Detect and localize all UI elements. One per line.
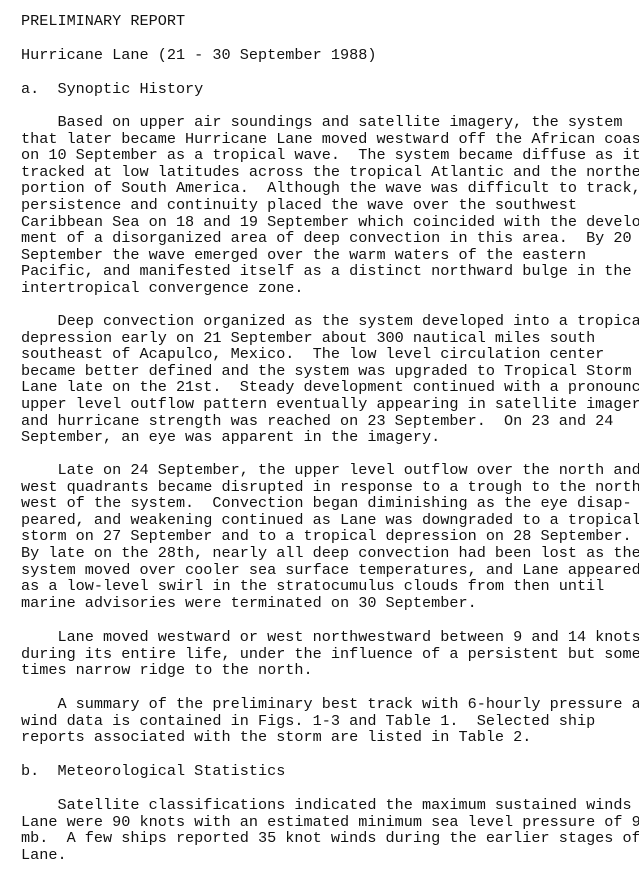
text-line: mb. A few ships reported 35 knot winds d… <box>21 830 639 847</box>
text-line: times narrow ridge to the north. <box>21 662 639 679</box>
text-line: storm on 27 September and to a tropical … <box>21 528 639 545</box>
text-line: A summary of the preliminary best track … <box>21 696 639 713</box>
text-line: upper level outflow pattern eventually a… <box>21 396 639 413</box>
text-line: persistence and continuity placed the wa… <box>21 197 639 214</box>
text-line: intertropical convergence zone. <box>21 280 639 297</box>
text-line: southeast of Acapulco, Mexico. The low l… <box>21 346 639 363</box>
text-line: and hurricane strength was reached on 23… <box>21 413 639 430</box>
text-line: reports associated with the storm are li… <box>21 729 639 746</box>
text-line: Satellite classifications indicated the … <box>21 797 639 814</box>
paragraph-intensity: Satellite classifications indicated the … <box>21 797 639 863</box>
text-line: Lane late on the 21st. Steady developmen… <box>21 379 639 396</box>
paragraph-development: Deep convection organized as the system … <box>21 313 639 446</box>
text-line: system moved over cooler sea surface tem… <box>21 562 639 579</box>
text-line: west of the system. Convection began dim… <box>21 495 639 512</box>
text-line: Based on upper air soundings and satelli… <box>21 114 639 131</box>
text-line: Lane were 90 knots with an estimated min… <box>21 814 639 831</box>
text-line: peared, and weakening continued as Lane … <box>21 512 639 529</box>
text-line: as a low-level swirl in the stratocumulu… <box>21 578 639 595</box>
text-line: portion of South America. Although the w… <box>21 180 639 197</box>
text-line: Pacific, and manifested itself as a dist… <box>21 263 639 280</box>
report-label: PRELIMINARY REPORT <box>21 13 185 30</box>
text-line: ment of a disorganized area of deep conv… <box>21 230 639 247</box>
text-line: Caribbean Sea on 18 and 19 September whi… <box>21 214 639 231</box>
text-line: during its entire life, under the influe… <box>21 646 639 663</box>
text-line: became better defined and the system was… <box>21 363 639 380</box>
text-line: Deep convection organized as the system … <box>21 313 639 330</box>
storm-title: Hurricane Lane (21 - 30 September 1988) <box>21 47 376 64</box>
paragraph-origin: Based on upper air soundings and satelli… <box>21 114 639 297</box>
text-line: By late on the 28th, nearly all deep con… <box>21 545 639 562</box>
section-heading-meteorological-statistics: b. Meteorological Statistics <box>21 763 285 780</box>
text-line: wind data is contained in Figs. 1-3 and … <box>21 713 639 730</box>
text-line: tracked at low latitudes across the trop… <box>21 164 639 181</box>
paragraph-weakening: Late on 24 September, the upper level ou… <box>21 462 639 611</box>
text-line: depression early on 21 September about 3… <box>21 330 639 347</box>
text-line: west quadrants became disrupted in respo… <box>21 479 639 496</box>
text-line: that later became Hurricane Lane moved w… <box>21 131 639 148</box>
paragraph-motion: Lane moved westward or west northwestwar… <box>21 629 639 679</box>
text-line: September the wave emerged over the warm… <box>21 247 639 264</box>
section-heading-synoptic-history: a. Synoptic History <box>21 81 203 98</box>
text-line: Lane moved westward or west northwestwar… <box>21 629 639 646</box>
text-line: September, an eye was apparent in the im… <box>21 429 639 446</box>
text-line: marine advisories were terminated on 30 … <box>21 595 639 612</box>
text-line: Lane. <box>21 847 639 864</box>
text-line: on 10 September as a tropical wave. The … <box>21 147 639 164</box>
text-line: Late on 24 September, the upper level ou… <box>21 462 639 479</box>
paragraph-best-track-summary: A summary of the preliminary best track … <box>21 696 639 746</box>
